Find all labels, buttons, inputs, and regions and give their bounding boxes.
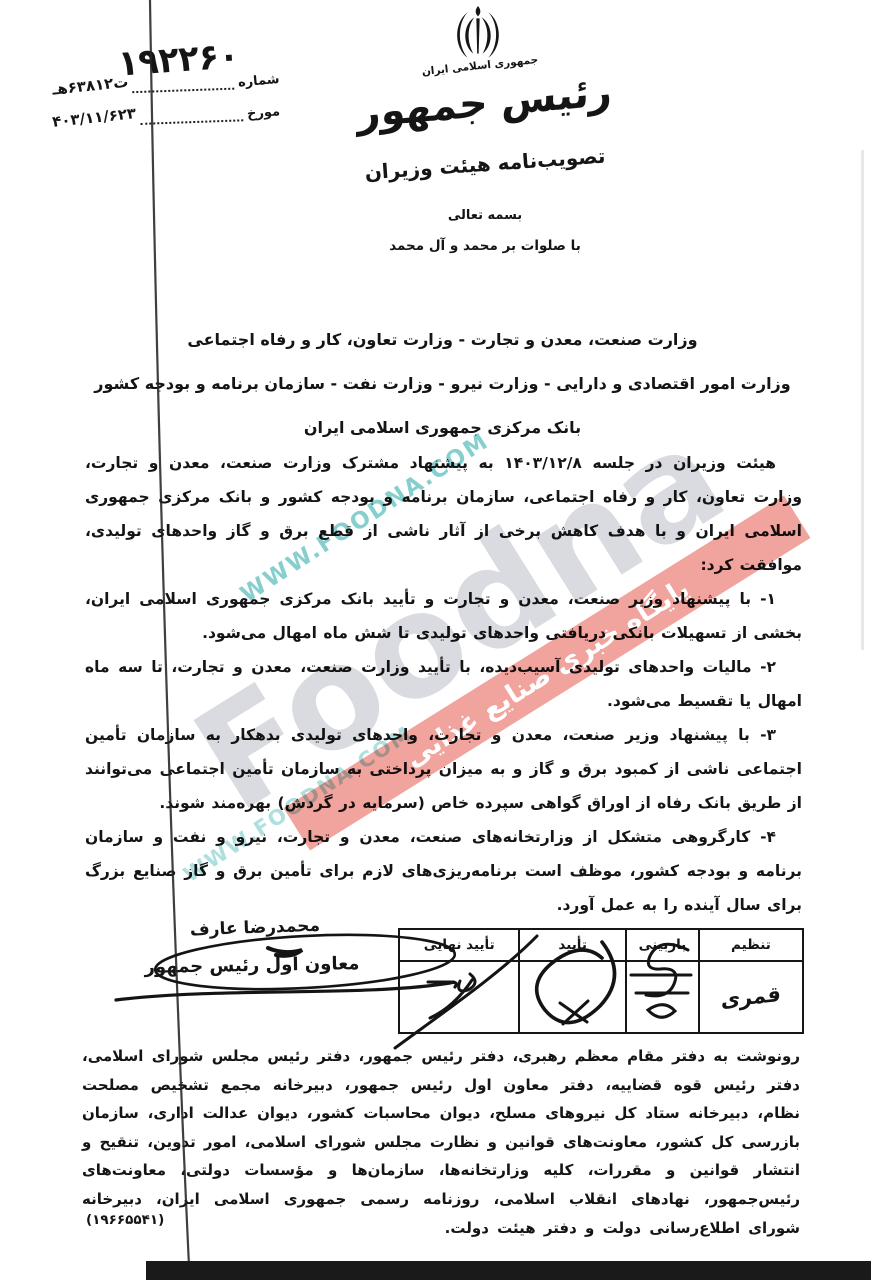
basmala-line: بسمه تعالی bbox=[335, 208, 635, 223]
approval-table-signature-row: قمری bbox=[399, 961, 803, 1033]
dotted-line bbox=[132, 76, 234, 94]
stamp-date-label: مورخ bbox=[246, 104, 280, 122]
scanned-decree-document: ۱۹۲۲۶۰ شماره ت۶۳۸۱۲هـ مورخ ۴۰۳/۱۱/۶۲۳ جم… bbox=[0, 0, 871, 1280]
decree-intro-paragraph: هیئت وزیران در جلسه ۱۴۰۳/۱۲/۸ به پیشنهاد… bbox=[85, 446, 802, 582]
footer-reference-number: (۱۹۶۶۵۵۴۱) bbox=[86, 1212, 164, 1228]
header-office-calligraphy: رئیس جمهور bbox=[330, 66, 640, 139]
addressee-line: بانک مرکزی جمهوری اسلامی ایران bbox=[85, 406, 800, 450]
prepare-signature-cell: قمری bbox=[699, 961, 803, 1033]
iran-emblem-icon bbox=[449, 6, 507, 64]
decree-item-2: ۲- مالیات واحدهای تولیدی آسیب‌دیده، با ت… bbox=[85, 650, 802, 718]
addressee-block: وزارت صنعت، معدن و تجارت - وزارت تعاون، … bbox=[85, 318, 800, 450]
decree-item-4: ۴- کارگروهی متشکل از وزارتخانه‌های صنعت،… bbox=[85, 820, 802, 922]
salawat-line: با صلوات بر محمد و آل محمد bbox=[310, 238, 660, 254]
header-doc-type: تصویب‌نامه هیئت وزیران bbox=[320, 141, 651, 188]
dotted-line bbox=[140, 107, 243, 125]
final-approve-signature-cell bbox=[399, 961, 519, 1033]
scan-edge-line bbox=[861, 150, 864, 650]
stamp-serial-label: شماره bbox=[238, 72, 281, 91]
stamp-date-row: مورخ ۴۰۳/۱۱/۶۲۳ bbox=[52, 102, 280, 128]
approval-col-approve: تأیید bbox=[519, 929, 626, 961]
prepare-signature-handwriting: قمری bbox=[721, 982, 782, 1013]
decree-item-3: ۳- با پیشنهاد وزیر صنعت، معدن و تجارت، و… bbox=[85, 718, 802, 820]
stamp-serial-row: شماره ت۶۳۸۱۲هـ bbox=[52, 70, 280, 96]
approval-table-header-row: تنظیم بازبینی تأیید تأیید نهایی bbox=[399, 929, 803, 961]
review-signature-cell bbox=[626, 961, 699, 1033]
decree-item-1: ۱- با پیشنهاد وزیر صنعت، معدن و تجارت و … bbox=[85, 582, 802, 650]
signer-title: معاون اول رئیس جمهور bbox=[112, 953, 392, 979]
addressee-line: وزارت امور اقتصادی و دارایی - وزارت نیرو… bbox=[85, 362, 800, 406]
scan-edge-band bbox=[146, 1261, 871, 1280]
approve-signature-cell bbox=[519, 961, 626, 1033]
approval-col-review: بازبینی bbox=[626, 929, 699, 961]
approval-table: تنظیم بازبینی تأیید تأیید نهایی قمری bbox=[398, 928, 804, 1034]
addressee-line: وزارت صنعت، معدن و تجارت - وزارت تعاون، … bbox=[85, 318, 800, 362]
decree-body: هیئت وزیران در جلسه ۱۴۰۳/۱۲/۸ به پیشنهاد… bbox=[85, 446, 802, 922]
approval-col-prepare: تنظیم bbox=[699, 929, 803, 961]
stamp-date-value: ۴۰۳/۱۱/۶۲۳ bbox=[51, 104, 137, 131]
distribution-list: رونوشت به دفتر مقام معظم رهبری، دفتر رئی… bbox=[82, 1042, 800, 1242]
approval-col-final-approve: تأیید نهایی bbox=[399, 929, 519, 961]
stamp-serial-value: ت۶۳۸۱۲هـ bbox=[51, 73, 129, 99]
